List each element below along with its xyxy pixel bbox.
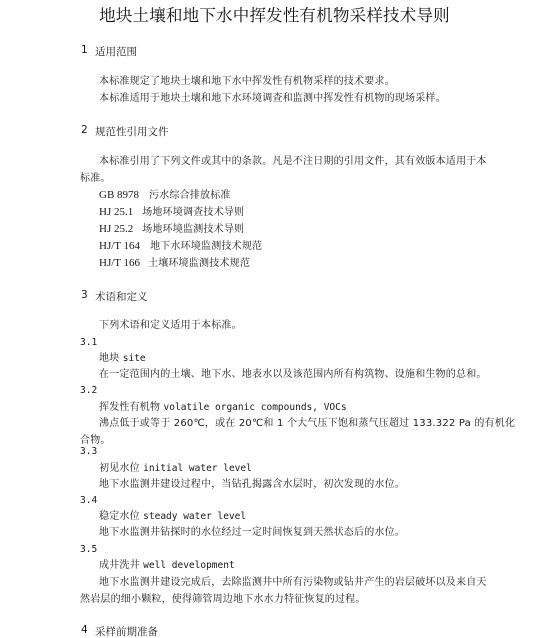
reference-name: 场地环境调查技术导则 — [142, 207, 244, 218]
reference-item: HJ/T 164地下水环境监测技术规范 — [99, 240, 262, 253]
section-3-title: 术语和定义 — [95, 289, 148, 304]
section-2-intro: 本标准引用了下列文件或其中的条款。凡是不注日期的引用文件，其有效版本适用于本 — [99, 155, 487, 168]
section-2-number: 2 — [81, 124, 88, 136]
term-cn: 初见水位 — [99, 463, 140, 474]
term-heading: 挥发性有机物 volatile organic compounds, VOCs — [99, 401, 347, 414]
term-definition: 地下水监测井钻探时的水位经过一定时间恢复到天然状态后的水位。 — [99, 526, 405, 539]
term-definition: 地下水监测井建设过程中，当钻孔揭露含水层时，初次发现的水位。 — [99, 478, 405, 491]
section-3-intro: 下列术语和定义适用于本标准。 — [99, 319, 242, 332]
reference-item: GB 8978污水综合排放标准 — [99, 189, 231, 202]
term-en: site — [123, 353, 146, 364]
term-en: initial water level — [143, 463, 252, 474]
term-number: 3.2 — [80, 384, 97, 397]
document-page: 地块土壤和地下水中挥发性有机物采样技术导则 1 适用范围 本标准规定了地块土壤和… — [0, 0, 549, 638]
section-1-paragraph: 本标准适用于地块土壤和地下水环境调查和监测中挥发性有机物的现场采样。 — [99, 92, 446, 105]
document-title: 地块土壤和地下水中挥发性有机物采样技术导则 — [0, 2, 549, 26]
reference-name: 场地环境监测技术导则 — [142, 224, 244, 235]
term-cn: 成井洗井 — [99, 560, 140, 571]
term-heading: 成井洗井 well development — [99, 559, 235, 572]
reference-code: GB 8978 — [99, 189, 139, 201]
term-number: 3.4 — [80, 494, 97, 507]
term-en: volatile organic compounds, VOCs — [164, 402, 347, 413]
section-1-number: 1 — [81, 44, 88, 56]
term-cn: 稳定水位 — [99, 511, 140, 522]
term-number: 3.1 — [80, 336, 97, 349]
term-heading: 稳定水位 steady water level — [99, 510, 246, 523]
section-1-title: 适用范围 — [95, 44, 137, 59]
section-1-paragraph: 本标准规定了地块土壤和地下水中挥发性有机物采样的技术要求。 — [99, 75, 395, 88]
term-heading: 地块 site — [99, 352, 146, 365]
term-heading: 初见水位 initial water level — [99, 462, 252, 475]
section-3-number: 3 — [81, 289, 88, 301]
reference-code: HJ 25.2 — [99, 223, 133, 235]
section-4-number: 4 — [81, 624, 88, 636]
term-cn: 地块 — [99, 353, 119, 364]
term-number: 3.5 — [80, 543, 97, 556]
reference-name: 土壤环境监测技术规范 — [148, 258, 250, 269]
term-definition-cont: 然岩层的细小颗粒，使得筛管周边地下水水力特征恢复的过程。 — [80, 593, 366, 606]
term-definition: 地下水监测井建设完成后，去除监测井中所有污染物或钻井产生的岩层破坏以及来自天 — [99, 576, 487, 589]
section-4-title: 采样前期准备 — [95, 624, 158, 638]
reference-name: 污水综合排放标准 — [149, 190, 231, 201]
reference-name: 地下水环境监测技术规范 — [150, 241, 262, 252]
term-definition: 沸点低于或等于 260℃，或在 20℃和 1 个大气压下饱和蒸气压超过 133.… — [99, 417, 515, 430]
term-definition: 在一定范围内的土壤、地下水、地表水以及该范围内所有构筑物、设施和生物的总和。 — [99, 368, 487, 381]
term-en: well development — [143, 560, 235, 571]
reference-item: HJ/T 166土壤环境监测技术规范 — [99, 257, 250, 270]
reference-code: HJ/T 164 — [99, 240, 140, 252]
reference-code: HJ/T 166 — [99, 257, 140, 269]
term-cn: 挥发性有机物 — [99, 402, 160, 413]
term-en: steady water level — [143, 511, 246, 522]
section-2-intro-cont: 标准。 — [80, 172, 111, 185]
section-2-title: 规范性引用文件 — [95, 124, 169, 139]
reference-item: HJ 25.2场地环境监测技术导则 — [99, 223, 244, 236]
reference-code: HJ 25.1 — [99, 206, 133, 218]
reference-item: HJ 25.1场地环境调查技术导则 — [99, 206, 244, 219]
term-number: 3.3 — [80, 445, 97, 458]
